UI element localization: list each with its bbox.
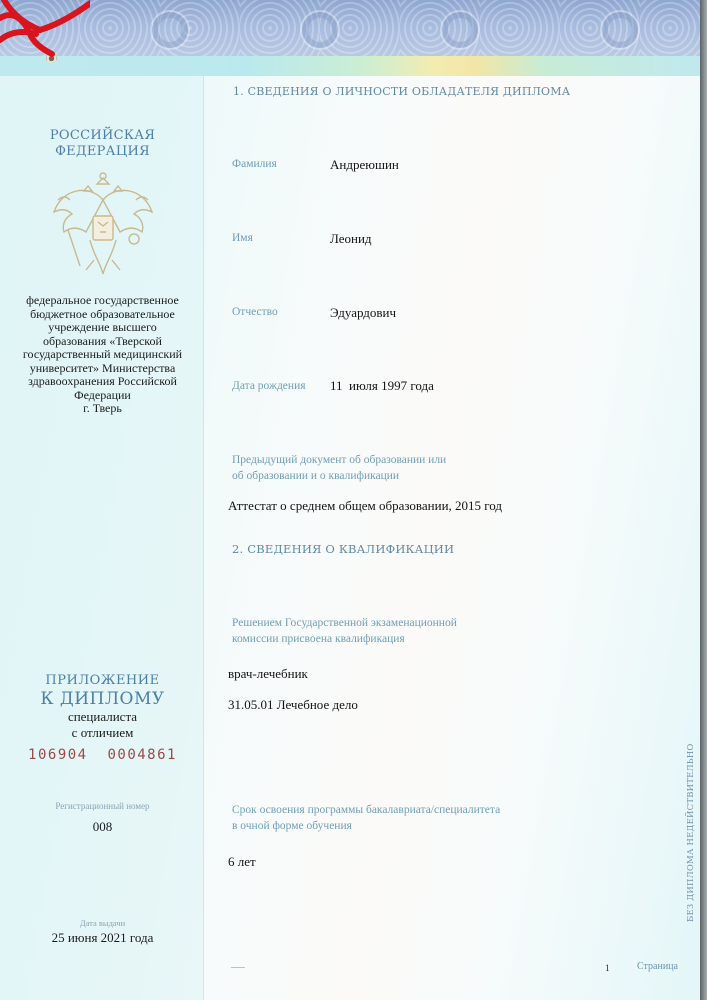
surname-label: Фамилия bbox=[232, 158, 277, 170]
ribbon-icon bbox=[0, 0, 90, 60]
first-name-value: Леонид bbox=[330, 231, 372, 247]
previous-document-value: Аттестат о среднем общем образовании, 20… bbox=[228, 498, 502, 514]
issue-date-value: 25 июня 2021 года bbox=[0, 930, 205, 946]
section-1-heading: 1. СВЕДЕНИЯ О ЛИЧНОСТИ ОБЛАДАТЕЛЯ ДИПЛОМ… bbox=[233, 85, 570, 98]
previous-document-label: Предыдущий документ об образовании или о… bbox=[232, 452, 446, 484]
country-title: РОССИЙСКАЯ ФЕДЕРАЦИЯ bbox=[0, 128, 205, 160]
qualification-label-line-2: комиссии присвоена квалификация bbox=[232, 633, 405, 645]
study-duration-label-line-1: Срок освоения программы бакалавриата/спе… bbox=[232, 804, 500, 816]
rosette-ornament-icon bbox=[300, 10, 340, 50]
country-line-1: РОССИЙСКАЯ bbox=[50, 128, 155, 143]
appendix-title-line-2: К ДИПЛОМУ bbox=[0, 689, 205, 709]
organization-city: г. Тверь bbox=[83, 401, 122, 415]
specialty-value: 31.05.01 Лечебное дело bbox=[228, 697, 358, 713]
page-number: 1 bbox=[605, 963, 610, 973]
security-pattern-band bbox=[0, 0, 700, 56]
diploma-appendix-page: РОССИЙСКАЯ ФЕДЕРАЦИЯ федеральное государ… bbox=[0, 0, 700, 1000]
patronymic-label: Отчество bbox=[232, 306, 278, 318]
validity-note: БЕЗ ДИПЛОМА НЕДЕЙСТВИТЕЛЬНО bbox=[686, 743, 696, 922]
qualification-value: врач-лечебник bbox=[228, 666, 308, 682]
study-duration-value: 6 лет bbox=[228, 854, 256, 870]
qualification-label-line-1: Решением Государственной экзаменационной bbox=[232, 617, 457, 629]
previous-document-label-line-1: Предыдущий документ об образовании или bbox=[232, 454, 446, 466]
organization-text: федеральное государственное бюджетное об… bbox=[23, 293, 182, 402]
page-edge-shadow bbox=[700, 0, 707, 1000]
degree-line-2: с отличием bbox=[72, 725, 134, 740]
rosette-ornament-icon bbox=[440, 10, 480, 50]
section-2-heading: 2. СВЕДЕНИЯ О КВАЛИФИКАЦИИ bbox=[232, 542, 454, 556]
registration-number-value: 008 bbox=[0, 819, 205, 835]
first-name-label: Имя bbox=[232, 232, 253, 244]
birth-date-label: Дата рождения bbox=[232, 380, 306, 392]
study-duration-label: Срок освоения программы бакалавриата/спе… bbox=[232, 802, 500, 834]
degree-line-1: специалиста bbox=[68, 709, 137, 724]
issue-date-label: Дата выдачи bbox=[0, 918, 205, 928]
rainbow-security-band bbox=[0, 56, 700, 76]
divider-dash bbox=[231, 967, 245, 968]
qualification-label: Решением Государственной экзаменационной… bbox=[232, 615, 457, 647]
country-line-2: ФЕДЕРАЦИЯ bbox=[55, 144, 150, 159]
russian-coat-of-arms-icon bbox=[50, 170, 156, 280]
rosette-ornament-icon bbox=[150, 10, 190, 50]
surname-value: Андреюшин bbox=[330, 157, 399, 173]
birth-date-value: 11 июля 1997 года bbox=[330, 378, 434, 394]
previous-document-label-line-2: об образовании и о квалификации bbox=[232, 470, 399, 482]
appendix-title: ПРИЛОЖЕНИЕ К ДИПЛОМУ bbox=[0, 673, 205, 709]
serial-number: 106904 0004861 bbox=[0, 747, 205, 763]
page-label: Страница bbox=[637, 961, 678, 972]
rosette-ornament-icon bbox=[600, 10, 640, 50]
organization-name: федеральное государственное бюджетное об… bbox=[20, 294, 185, 416]
patronymic-value: Эдуардович bbox=[330, 305, 396, 321]
study-duration-label-line-2: в очной форме обучения bbox=[232, 820, 352, 832]
registration-number-label: Регистрационный номер bbox=[0, 801, 205, 811]
degree-type: специалиста с отличием bbox=[0, 709, 205, 741]
appendix-title-line-1: ПРИЛОЖЕНИЕ bbox=[0, 673, 205, 689]
